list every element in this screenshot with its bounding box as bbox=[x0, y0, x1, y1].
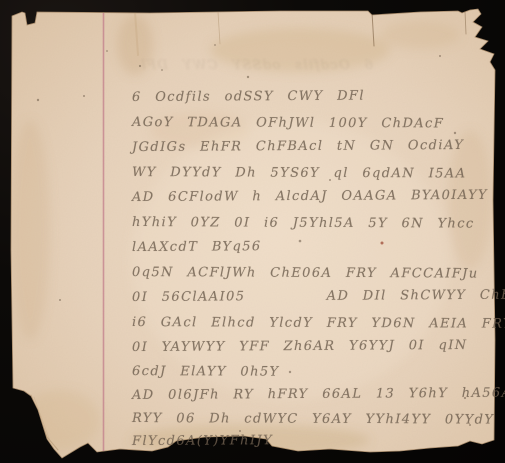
red-speck bbox=[381, 242, 384, 245]
ink-bleedthrough: 6 Ocdfils odSSY CWY DFl bbox=[140, 58, 373, 73]
photo-background: 6 Ocdfils odSSY CWY DFl 6 Ocdfils odSSY … bbox=[0, 0, 505, 463]
